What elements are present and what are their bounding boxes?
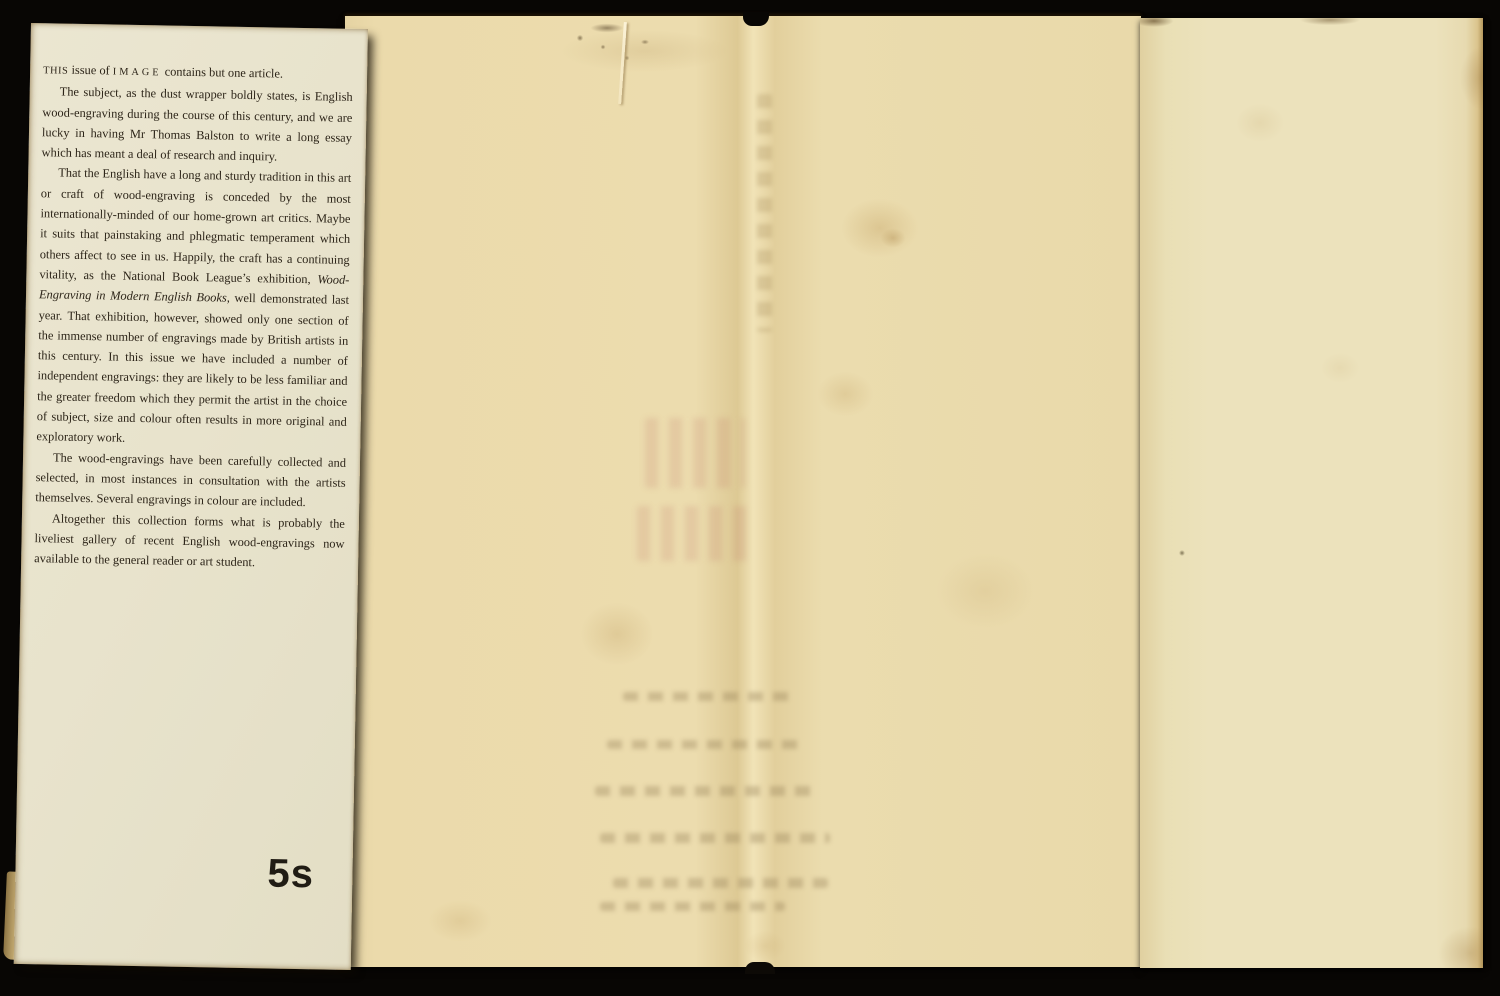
paper-tear-mark	[618, 22, 627, 104]
endpaper-right-page	[1140, 18, 1483, 968]
gutter-fold-bottom-edge	[745, 962, 775, 974]
show-through-text	[613, 878, 828, 888]
endpaper-left-page	[345, 16, 1141, 967]
show-through-text	[607, 740, 807, 749]
show-through-text	[623, 692, 793, 701]
show-through-text	[595, 786, 820, 796]
flap-blurb-text: THIS issue of IMAGE contains but one art…	[34, 59, 353, 574]
show-through-text	[645, 418, 745, 488]
show-through-text	[757, 94, 772, 332]
flap-price: 5s	[267, 853, 314, 894]
show-through-text	[637, 506, 747, 561]
flap-paragraph: The wood-engravings have been carefully …	[35, 447, 346, 514]
gutter-fold-top-notch	[743, 12, 769, 26]
dust-jacket-flap: THIS issue of IMAGE contains but one art…	[14, 23, 368, 970]
flap-paragraph: Altogether this collection forms what is…	[34, 508, 345, 575]
show-through-text	[600, 902, 785, 911]
show-through-text	[600, 833, 830, 843]
flap-paragraph: The subject, as the dust wrapper boldly …	[41, 82, 352, 169]
flap-paragraph: That the English have a long and sturdy …	[36, 163, 351, 453]
book-scan: THIS issue of IMAGE contains but one art…	[0, 0, 1500, 996]
